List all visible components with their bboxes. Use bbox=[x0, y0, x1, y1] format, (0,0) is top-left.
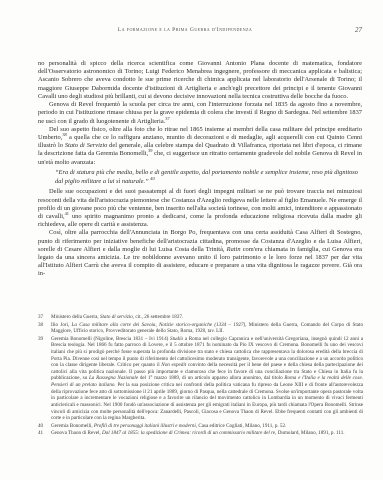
text-segment: Non expedit bbox=[161, 362, 186, 368]
running-head-title: La formazione e la Prima Guerra d'Indipe… bbox=[38, 27, 332, 33]
page-number: 27 bbox=[355, 26, 362, 34]
quote-paragraph: “Era di statura più che media, bello e d… bbox=[55, 169, 358, 185]
text-segment: Geremia Bonomelli (Nigoline, Brescia 183… bbox=[51, 336, 170, 342]
footnote: 41Genova Thaon di Revel, Dal 1847 al 185… bbox=[38, 430, 363, 437]
paragraph: no personalità di spicco della ricerca s… bbox=[38, 60, 362, 101]
text-segment: Genova di Revel frequentò la scuola per … bbox=[38, 101, 362, 124]
footnote: 40Geremia Bonomelli, Profili di tre pers… bbox=[38, 423, 363, 430]
text-segment: “Era di statura più che media, bello e d… bbox=[55, 169, 358, 184]
footnote: 39Geremia Bonomelli (Nigoline, Brescia 1… bbox=[38, 336, 363, 422]
footnote-number: 41 bbox=[38, 430, 51, 437]
text-segment: La Casa militare alla corte dei Savoia, … bbox=[72, 322, 246, 328]
footnote-number: 39 bbox=[38, 336, 51, 343]
footnotes: 37Ministero della Guerra, Stato di servi… bbox=[38, 314, 363, 438]
text-segment: Ministero della Guerra, bbox=[51, 314, 100, 320]
running-header: La formazione e la Prima Guerra d'Indipe… bbox=[38, 27, 362, 37]
footnote: 37Ministero della Guerra, Stato di servi… bbox=[38, 314, 363, 321]
text-segment: , Dumolard, Milano, 1891, p. 111. bbox=[275, 430, 344, 436]
text-segment: Per la sua posizione critica nei confron… bbox=[51, 382, 363, 421]
paragraph: Genova di Revel frequentò la scuola per … bbox=[38, 101, 362, 126]
body-text: no personalità di spicco della ricerca s… bbox=[38, 60, 362, 279]
paragraph: Così, oltre alla parrocchia dell'Annunci… bbox=[38, 229, 362, 278]
text-segment: Stato di Servizio bbox=[65, 142, 107, 149]
text-segment: , cit., 26 settembre 1837. bbox=[133, 314, 183, 320]
text-segment: del 1° marzo 1889, di un articolo appars… bbox=[138, 375, 284, 381]
text-segment: La Rassegna Nazionale bbox=[89, 375, 138, 381]
text-segment: Geremia Bonomelli, bbox=[51, 423, 94, 429]
text-segment: no personalità di spicco della ricerca s… bbox=[38, 60, 362, 100]
text-segment: Profili di tre personaggi italiani illus… bbox=[94, 423, 196, 429]
footnote-marker: 37 bbox=[165, 115, 169, 120]
text-segment: Ratin bbox=[227, 246, 241, 253]
text-segment: , Casa editrice Cogliati, Milano, 1911, … bbox=[196, 423, 287, 429]
footnote-number: 37 bbox=[38, 314, 51, 321]
footnote-number: 40 bbox=[38, 423, 51, 430]
text-segment: Stato di servizio bbox=[100, 314, 133, 320]
text-segment: Ilio Jori, bbox=[51, 322, 72, 328]
paragraph: Del suo aspetto fisico, oltre alla foto … bbox=[38, 126, 362, 167]
text-segment: Dal 1847 al 1855: la spedizione di Crime… bbox=[102, 430, 275, 436]
footnote-number: 38 bbox=[38, 322, 51, 329]
footnote-marker: 40 bbox=[150, 175, 154, 180]
text-segment: Studiò bbox=[170, 336, 183, 342]
book-page: La formazione e la Prima Guerra d'Indipe… bbox=[0, 0, 383, 480]
text-segment: uno spirito magnanimo pronto a dedicarsi… bbox=[38, 213, 362, 228]
paragraph: Delle sue occupazioni e dei suoi passate… bbox=[38, 188, 362, 229]
text-segment: Genova Thaon di Revel, bbox=[51, 430, 102, 436]
footnote: 38Ilio Jori, La Casa militare alla corte… bbox=[38, 322, 363, 335]
